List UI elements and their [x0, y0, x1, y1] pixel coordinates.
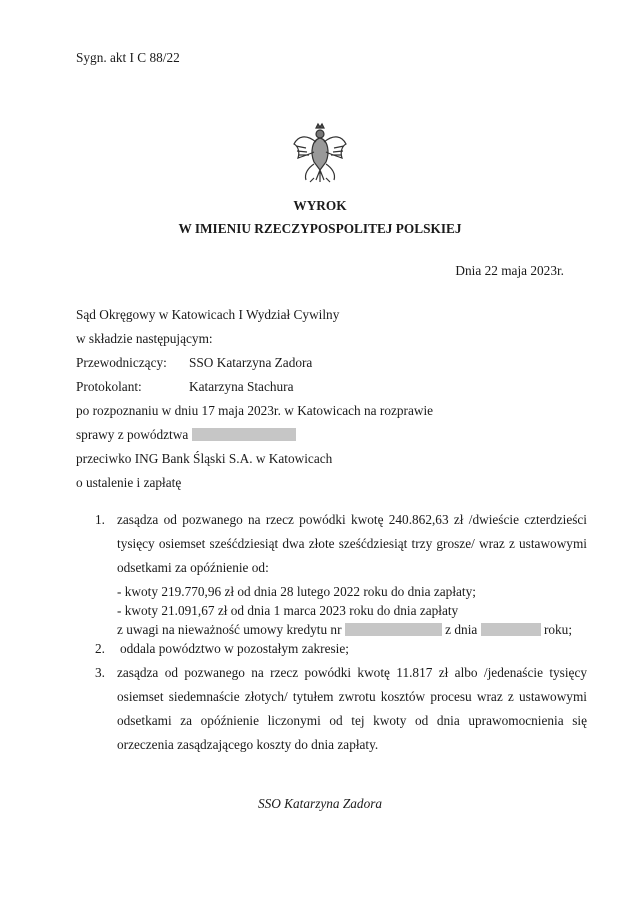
ruling-3-line: orzeczenia zasądzającego koszty do dnia … [117, 737, 378, 753]
case-number: Sygn. akt I C 88/22 [76, 50, 180, 66]
case-subject: o ustalenie i zapłatę [76, 475, 181, 491]
ruling-1-number: 1. [95, 512, 105, 528]
year-suffix: roku; [544, 622, 572, 637]
judgment-date: Dnia 22 maja 2023r. [455, 263, 564, 279]
plaintiff-prefix: sprawy z powództwa [76, 427, 188, 442]
ruling-1-line: zasądza od pozwanego na rzecz powódki kw… [117, 512, 587, 528]
document-title: WYROK [0, 198, 640, 214]
polish-eagle-emblem-icon [292, 122, 348, 184]
judge-signature: SSO Katarzyna Zadora [0, 796, 640, 812]
ruling-2-number: 2. [95, 641, 105, 657]
ruling-3-line: zasądza od pozwanego na rzecz powódki kw… [117, 665, 587, 681]
plaintiff-line: sprawy z powództwa [76, 427, 296, 443]
court-composition: w składzie następującym: [76, 331, 213, 347]
ruling-2-line: oddala powództwo w pozostałym zakresie; [120, 641, 349, 657]
hearing-info: po rozpoznaniu w dniu 17 maja 2023r. w K… [76, 403, 433, 419]
ruling-3-number: 3. [95, 665, 105, 681]
ruling-1-line: odsetkami za opóźnienie od: [117, 560, 269, 576]
redacted-loan-date [481, 623, 541, 636]
ruling-1-line: - kwoty 219.770,96 zł od dnia 28 lutego … [117, 584, 476, 600]
ruling-1-line: tysięcy osiemset sześćdziesiąt dwa złote… [117, 536, 587, 552]
document-subtitle: W IMIENIU RZECZYPOSPOLITEJ POLSKIEJ [0, 221, 640, 237]
defendant: przeciwko ING Bank Śląski S.A. w Katowic… [76, 451, 332, 467]
date-prefix: z dnia [445, 622, 477, 637]
court-name: Sąd Okręgowy w Katowicach I Wydział Cywi… [76, 307, 339, 323]
loan-agreement-text: z uwagi na nieważność umowy kredytu nr [117, 622, 342, 637]
ruling-1-last-line: z uwagi na nieważność umowy kredytu nr z… [117, 622, 572, 638]
redacted-plaintiff [192, 428, 296, 441]
recorder-name: Katarzyna Stachura [189, 379, 293, 395]
ruling-1-line: - kwoty 21.091,67 zł od dnia 1 marca 202… [117, 603, 458, 619]
recorder-label: Protokolant: [76, 379, 142, 395]
chair-label: Przewodniczący: [76, 355, 167, 371]
ruling-3-line: odsetkami za opóźnienie liczonymi od tej… [117, 713, 587, 729]
redacted-loan-number [345, 623, 442, 636]
chair-name: SSO Katarzyna Zadora [189, 355, 312, 371]
ruling-3-line: osiemset siedemnaście złotych/ tytułem z… [117, 689, 587, 705]
